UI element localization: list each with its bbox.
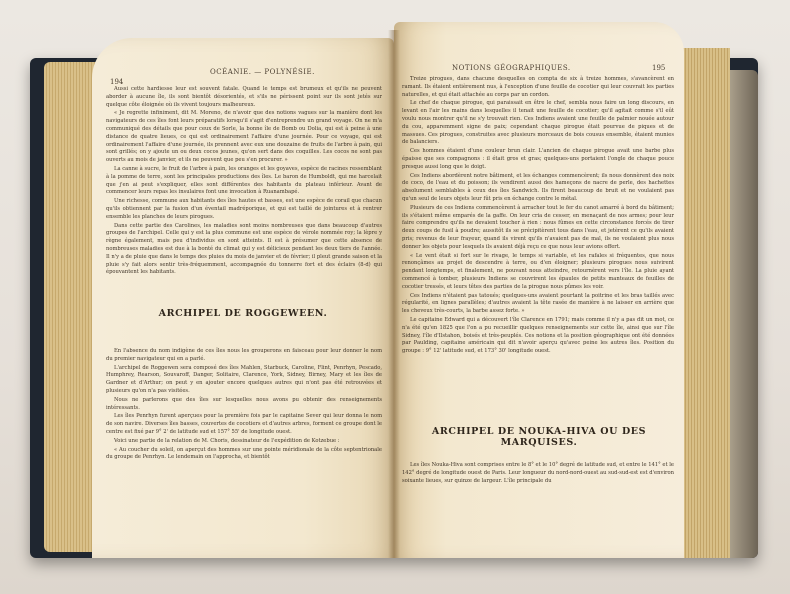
- paragraph: Aussi cette hardiesse leur est souvent f…: [106, 86, 382, 109]
- paragraph: L'archipel de Roggewen sera composé des …: [106, 365, 382, 396]
- section-heading-roggeween: ARCHIPEL DE ROGGEWEEN.: [92, 308, 394, 319]
- right-page-number: 195: [652, 64, 665, 72]
- paragraph: Le capitaine Edward qui a découvert l'îl…: [402, 317, 674, 356]
- section-heading-nouka-hiva: ARCHIPEL DE NOUKA-HIVA OU DES MARQUISES.: [394, 426, 684, 448]
- left-page: OCÉANIE. — POLYNÉSIE. 194 Aussi cette ha…: [92, 38, 394, 558]
- paragraph: Les îles Penrhyn furent aperçues pour la…: [106, 413, 382, 436]
- left-running-head: OCÉANIE. — POLYNÉSIE.: [210, 68, 315, 76]
- right-page: NOTIONS GÉOGRAPHIQUES. 195 Treize pirogu…: [394, 22, 684, 558]
- paragraph: « Au coucher du soleil, on aperçut des h…: [106, 447, 382, 463]
- paragraph: « Le vent était si fort sur le rivage, l…: [402, 253, 674, 292]
- paragraph: Le chef de chaque pirogue, qui paraissai…: [402, 100, 674, 147]
- left-text-bottom: En l'absence du nom indigène de ces îles…: [106, 348, 382, 463]
- paragraph: Une richesse, commune aux habitants des …: [106, 198, 382, 221]
- paragraph: En l'absence du nom indigène de ces îles…: [106, 348, 382, 364]
- paragraph: Voici une partie de la relation de M. Ch…: [106, 438, 382, 446]
- paragraph: La canne à sucre, le fruit de l'arbre à …: [106, 166, 382, 197]
- paragraph: Ces Indiens n'étaient pas tatoués; quelq…: [402, 293, 674, 316]
- paragraph: Ces hommes étaient d'une couleur brun cl…: [402, 148, 674, 171]
- paragraph: Ces Indiens abordèrent notre bâtiment, e…: [402, 173, 674, 204]
- book-gutter-shadow: [388, 30, 400, 558]
- paragraph: Dans cette partie des Carolines, les mal…: [106, 223, 382, 278]
- left-page-number: 194: [110, 78, 123, 86]
- right-running-head: NOTIONS GÉOGRAPHIQUES.: [452, 64, 571, 72]
- paragraph: Treize pirogues, dans chacune desquelles…: [402, 76, 674, 99]
- left-text-top: Aussi cette hardiesse leur est souvent f…: [106, 86, 382, 278]
- paragraph: Plusieurs de ces Indiens commencèrent à …: [402, 205, 674, 252]
- paragraph: Les îles Nouka-Hiva sont comprises entre…: [402, 462, 674, 485]
- paragraph: « Je regrette infiniment, dit M. Moreno,…: [106, 110, 382, 165]
- paragraph: Nous ne parlerons que des îles sur lesqu…: [106, 397, 382, 413]
- right-page-edges: [680, 48, 730, 558]
- right-text-top: Treize pirogues, dans chacune desquelles…: [402, 76, 674, 357]
- right-text-bottom: Les îles Nouka-Hiva sont comprises entre…: [402, 462, 674, 486]
